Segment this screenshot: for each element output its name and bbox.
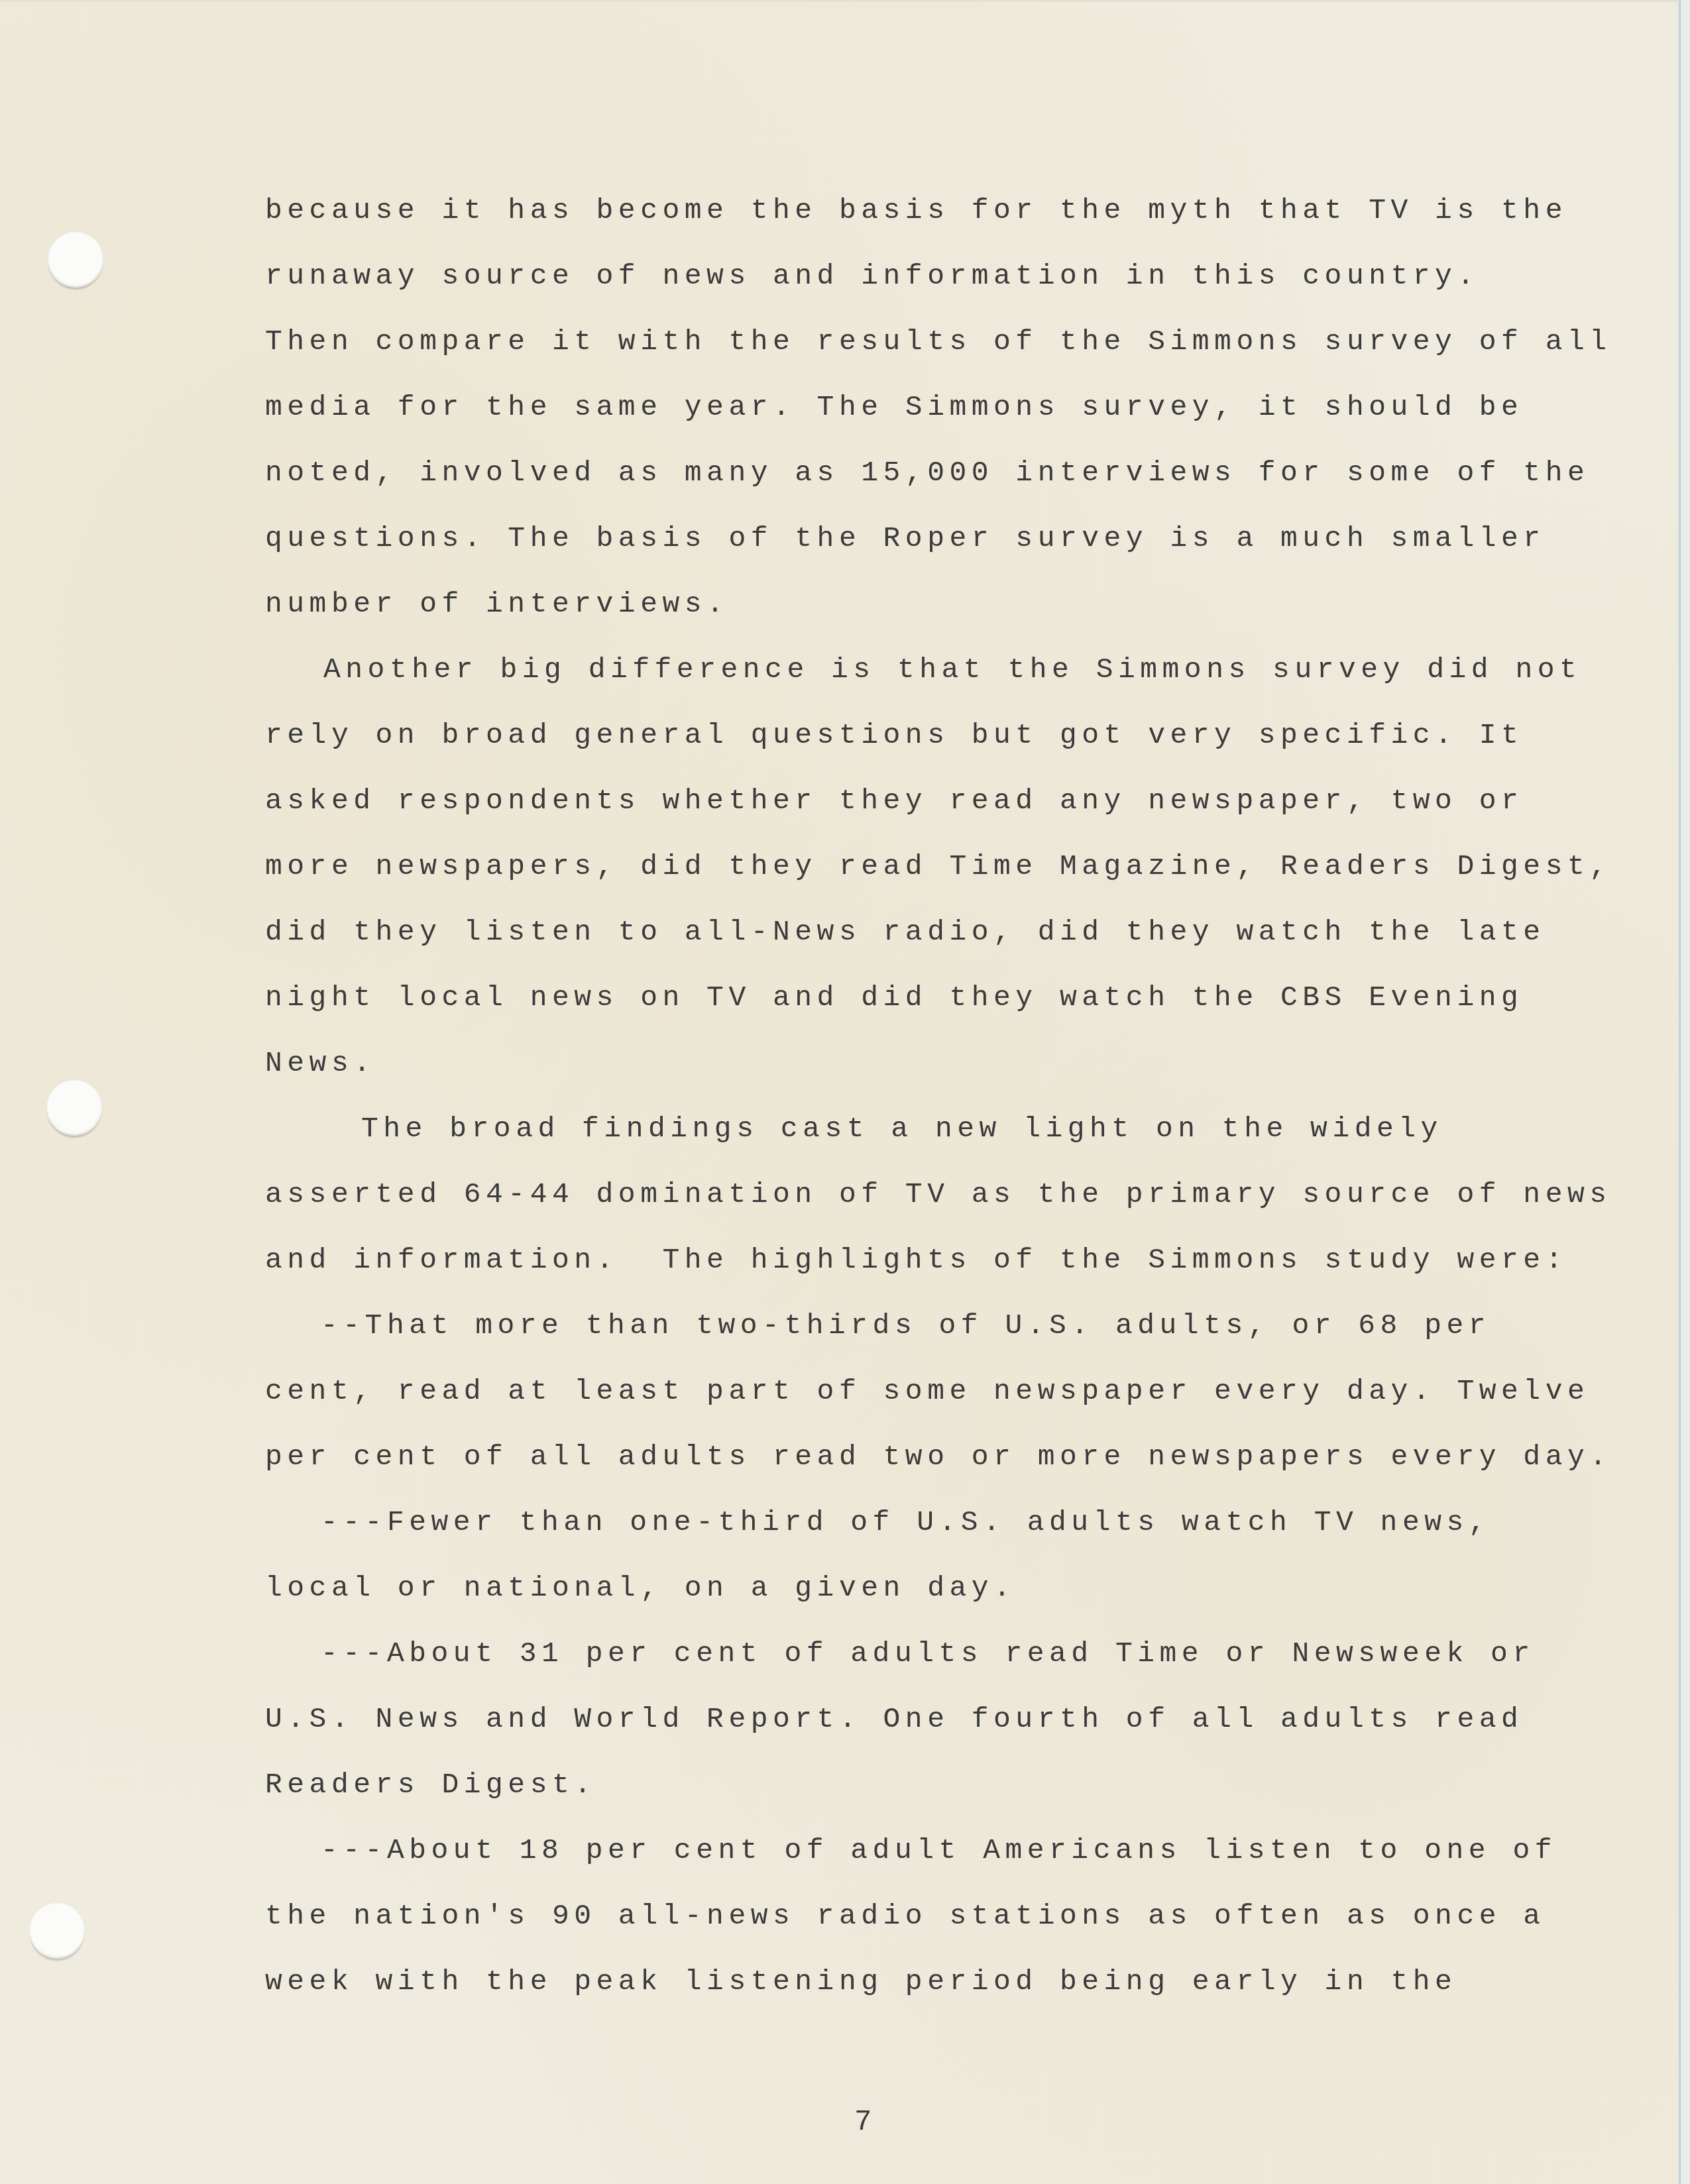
text-line: Readers Digest. [265,1752,1524,1818]
punch-hole-middle [46,1080,102,1136]
paragraph-broad-findings: The broad findings cast a new light on t… [265,1096,1524,1293]
text-line: News. [265,1030,1524,1096]
document-page: because it has become the basis for the … [0,0,1681,2184]
text-line: noted, involved as many as 15,000 interv… [265,440,1524,506]
paragraph-specific-questions: Another big difference is that the Simmo… [265,637,1524,1096]
text-line: ---About 18 per cent of adult Americans … [265,1818,1524,1883]
text-line: runaway source of news and information i… [265,243,1524,309]
highlight-radio: ---About 18 per cent of adult Americans … [265,1818,1524,2014]
text-line: night local news on TV and did they watc… [265,965,1524,1030]
text-line: --That more than two-thirds of U.S. adul… [265,1293,1524,1358]
punch-hole-top [48,232,103,288]
text-line: asserted 64-44 domination of TV as the p… [265,1162,1524,1227]
text-line: questions. The basis of the Roper survey… [265,506,1524,571]
text-line: Another big difference is that the Simmo… [265,637,1524,702]
text-line: The broad findings cast a new light on t… [265,1096,1524,1162]
typewritten-body: because it has become the basis for the … [265,178,1524,2014]
paragraph-roper-comparison: because it has become the basis for the … [265,178,1524,637]
highlight-tv-news: ---Fewer than one-third of U.S. adults w… [265,1490,1524,1621]
text-line: local or national, on a given day. [265,1555,1524,1621]
text-line: did they listen to all-News radio, did t… [265,899,1524,965]
page-edge [1679,0,1690,2184]
text-line: rely on broad general questions but got … [265,702,1524,768]
text-line: ---Fewer than one-third of U.S. adults w… [265,1490,1524,1555]
text-line: ---About 31 per cent of adults read Time… [265,1621,1524,1686]
text-line: asked respondents whether they read any … [265,768,1524,834]
text-line: and information. The highlights of the S… [265,1227,1524,1293]
punch-hole-bottom [29,1903,85,1959]
text-line: per cent of all adults read two or more … [265,1424,1524,1490]
text-line: Then compare it with the results of the … [265,309,1524,374]
text-line: number of interviews. [265,571,1524,637]
text-line: U.S. News and World Report. One fourth o… [265,1686,1524,1752]
text-line: media for the same year. The Simmons sur… [265,374,1524,440]
highlight-newspapers: --That more than two-thirds of U.S. adul… [265,1293,1524,1490]
text-line: because it has become the basis for the … [265,178,1524,243]
page-number: 7 [854,2106,872,2139]
highlight-magazines: ---About 31 per cent of adults read Time… [265,1621,1524,1818]
text-line: week with the peak listening period bein… [265,1949,1524,2014]
text-line: the nation's 90 all-news radio stations … [265,1883,1524,1949]
text-line: more newspapers, did they read Time Maga… [265,834,1524,899]
text-line: cent, read at least part of some newspap… [265,1358,1524,1424]
